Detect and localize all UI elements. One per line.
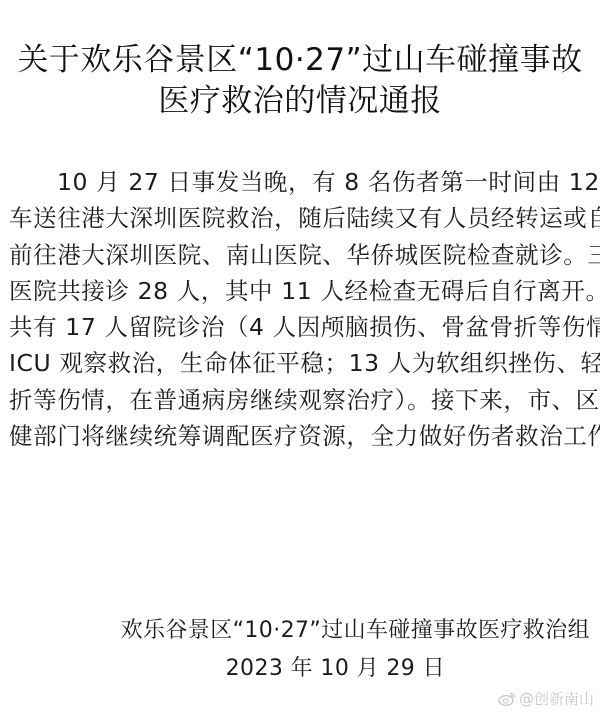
signature-organization: 欢乐谷景区“10·27”过山车碰撞事故医疗救治组 [121, 612, 590, 650]
body-line: 医院共接诊 28 人，其中 11 人经检查无碍后自行离开。目前， [9, 273, 594, 309]
body-line: 10 月 27 日事发当晚，有 8 名伤者第一时间由 120 急救 [9, 164, 594, 200]
signature-block: 欢乐谷景区“10·27”过山车碰撞事故医疗救治组 2023 年 10 月 29 … [121, 612, 590, 688]
body-line: ICU 观察救治，生命体征平稳；13 人为软组织挫伤、轻微骨 [9, 345, 594, 381]
weibo-icon [498, 691, 516, 706]
watermark-text: @创新南山 [519, 688, 594, 709]
body-line: 前往港大深圳医院、南山医院、华侨城医院检查就诊。三家 [9, 237, 594, 273]
body-line: 共有 17 人留院诊治（4 人因颅脑损伤、骨盆骨折等伤情，在 [9, 309, 594, 345]
title-line-1: 关于欢乐谷景区“10·27”过山车碰撞事故 [0, 40, 600, 81]
body-line: 车送往港大深圳医院救治，随后陆续又有人员经转运或自行 [9, 200, 594, 236]
document-title: 关于欢乐谷景区“10·27”过山车碰撞事故 医疗救治的情况通报 [0, 40, 600, 122]
watermark: @创新南山 [498, 688, 594, 709]
body-line: 折等伤情，在普通病房继续观察治疗）。接下来，市、区卫 [9, 382, 594, 418]
document-body: 10 月 27 日事发当晚，有 8 名伤者第一时间由 120 急救 车送往港大深… [9, 164, 594, 454]
body-line: 健部门将继续统筹调配医疗资源，全力做好伤者救治工作。 [9, 418, 594, 454]
signature-date: 2023 年 10 月 29 日 [121, 650, 590, 688]
title-line-2: 医疗救治的情况通报 [0, 81, 600, 122]
